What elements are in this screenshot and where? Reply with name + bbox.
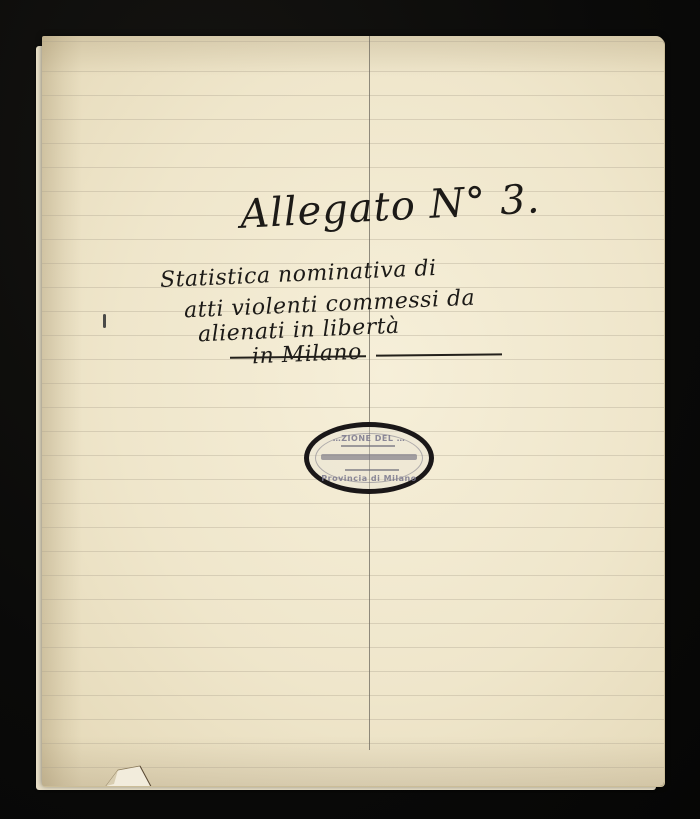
- stamp-bottom-text: Provincia di Milano: [309, 474, 429, 483]
- stamp-handwritten-stroke: [341, 445, 395, 447]
- folded-corner-icon: [100, 764, 172, 786]
- stamp-handwritten-stroke: [345, 469, 399, 471]
- archive-stamp: …ZIONE DEL … Provincia di Milano: [304, 422, 434, 494]
- ink-blot: [103, 314, 106, 328]
- document-page: Allegato N° 3. Statistica nominativa di …: [42, 36, 664, 786]
- stamp-center-bar: [321, 454, 417, 460]
- center-vertical-rule: [369, 36, 370, 750]
- stamp-top-text: …ZIONE DEL …: [309, 434, 429, 443]
- ruled-lines: [42, 36, 664, 786]
